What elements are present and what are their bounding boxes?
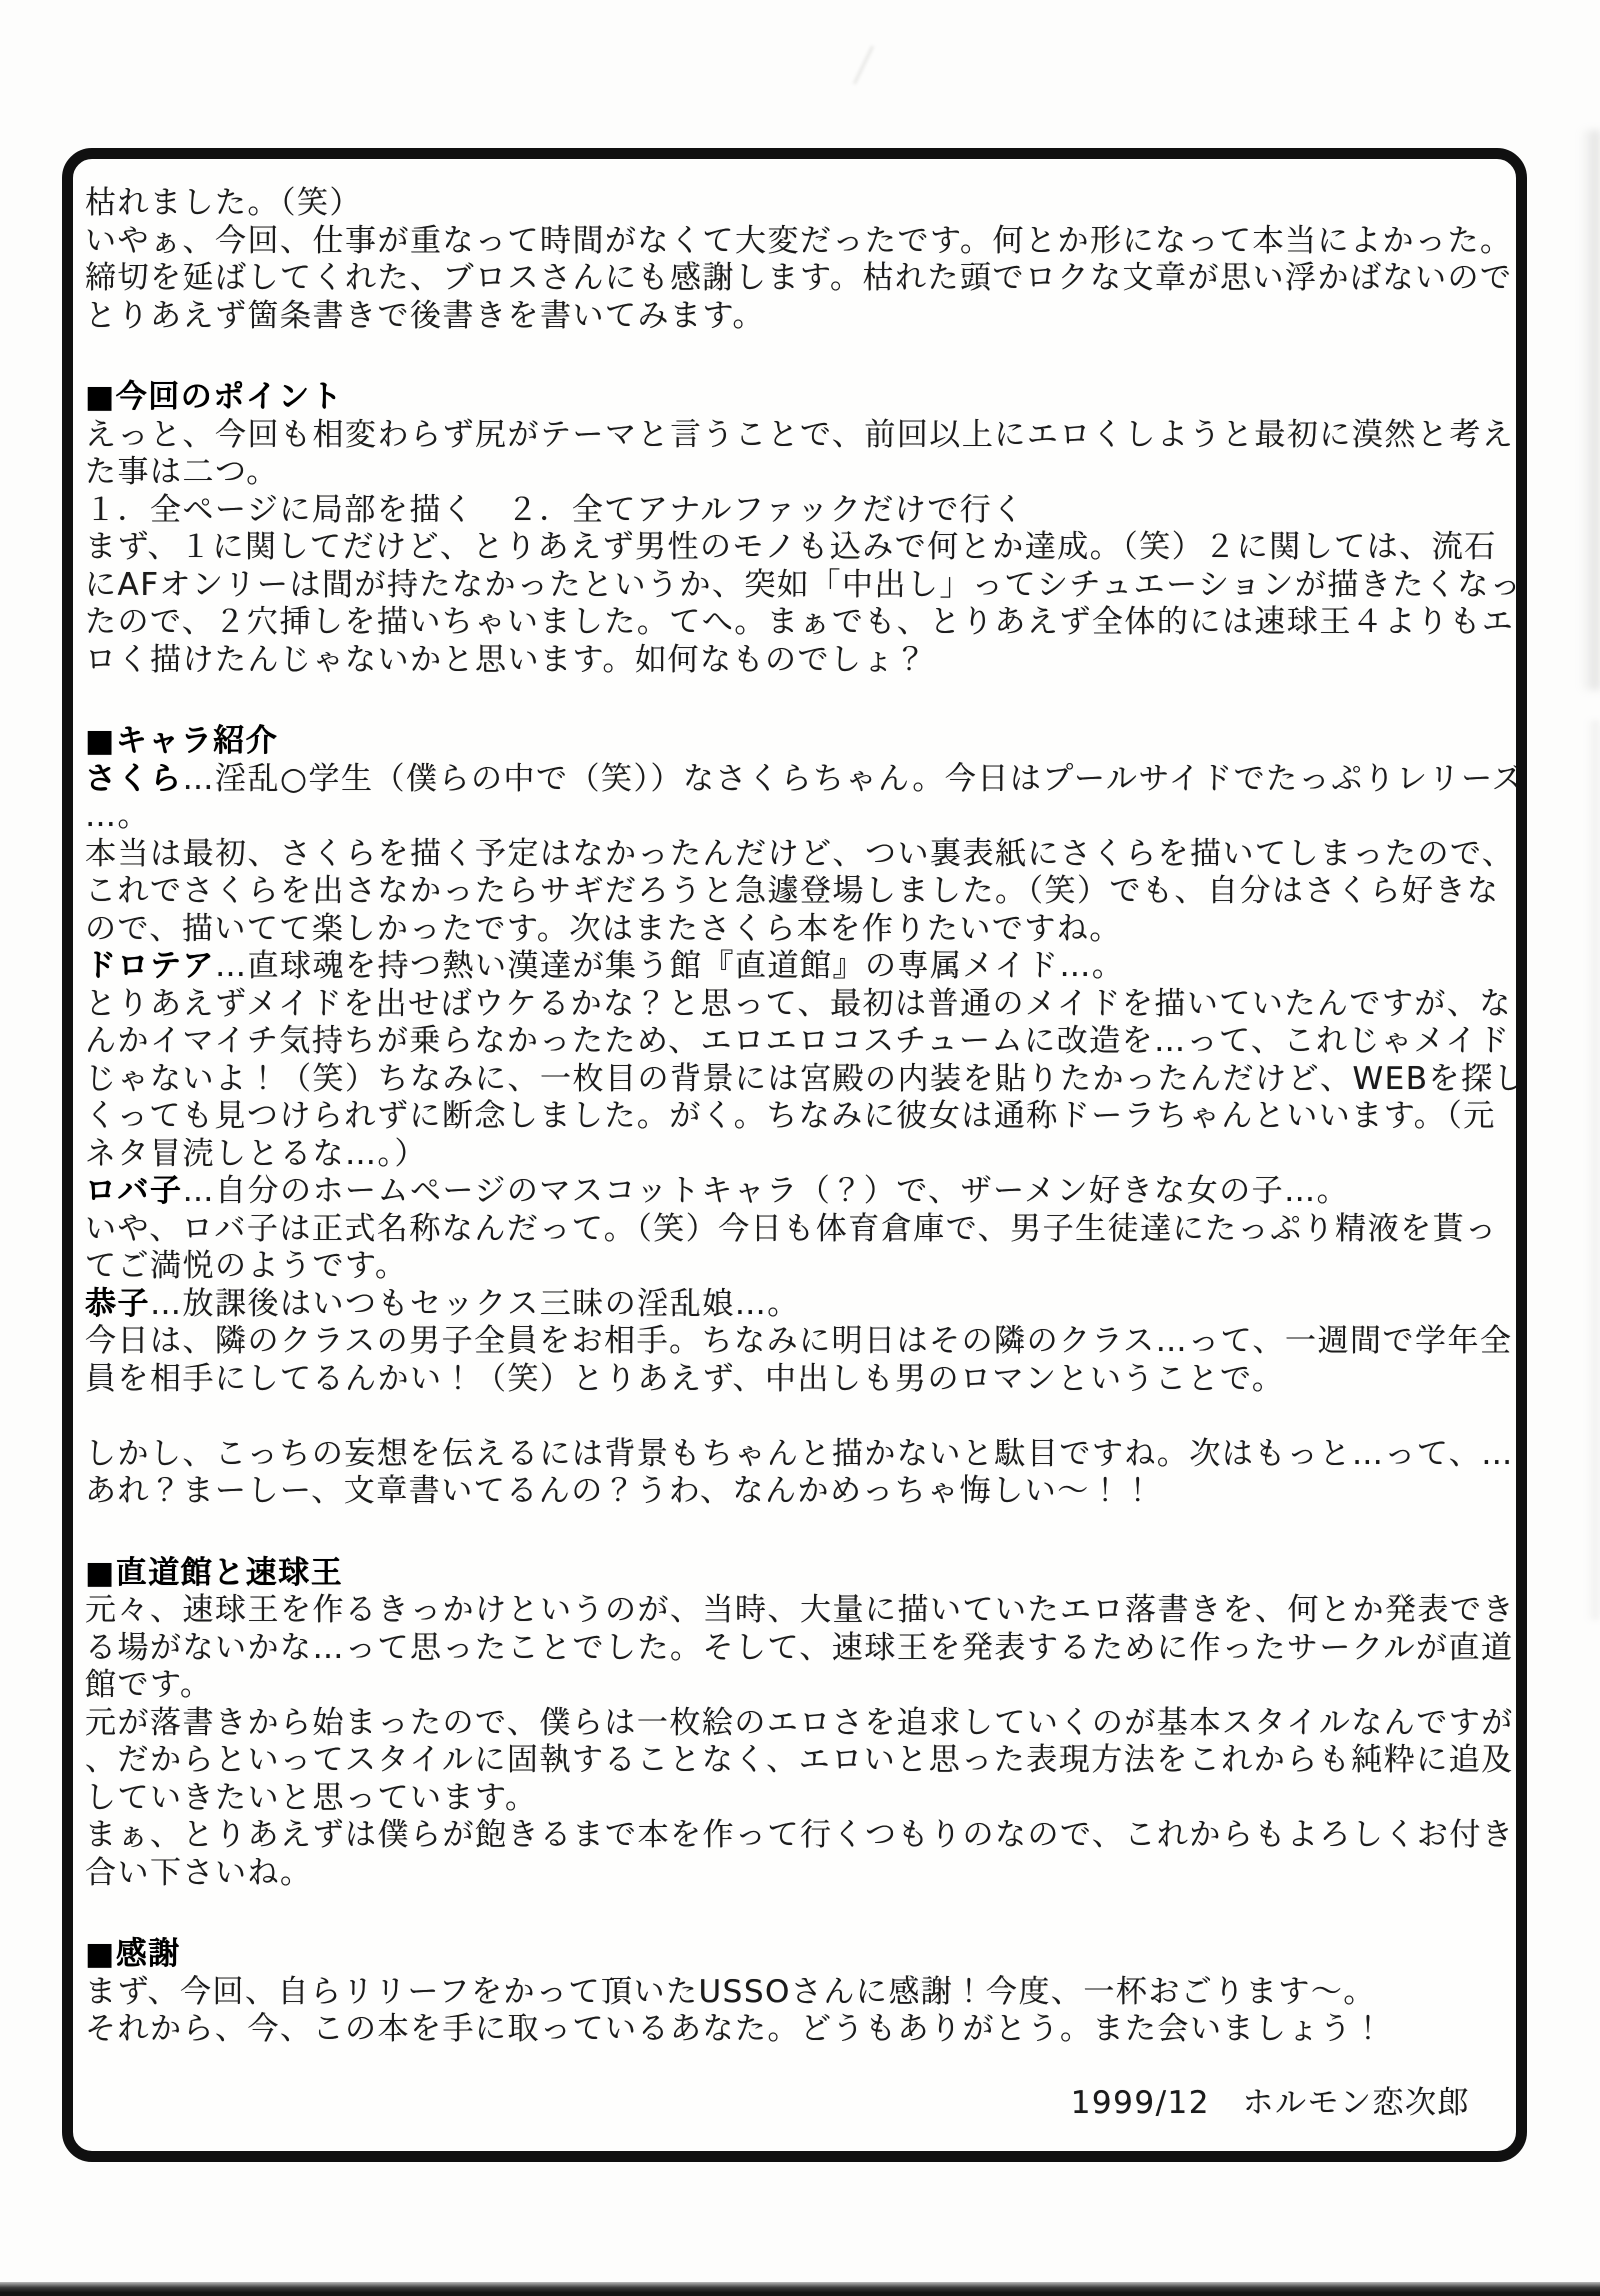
- text-line: ロバ子…自分のホームページのマスコットキャラ（？）で、ザーメン好きな女の子…。: [85, 1173, 1508, 1211]
- section-header: ■感謝: [85, 1936, 1508, 1974]
- blank-line: [85, 1398, 1508, 1436]
- text-line: にAFオンリーは間が持たなかったというか、突如「中出し」ってシチュエーションが描…: [85, 567, 1508, 605]
- scanned-page: 枯れました。（笑）いやぁ、今回、仕事が重なって時間がなくて大変だったです。何とか…: [0, 0, 1600, 2296]
- text-line: とりあえず箇条書きで後書きを書いてみます。: [85, 298, 1508, 336]
- character-name: ロバ子: [85, 1173, 183, 1209]
- text-line: １．全ページに局部を描く ２．全てアナルファックだけで行く: [85, 492, 1508, 530]
- text-line: 締切を延ばしてくれた、ブロスさんにも感謝します。枯れた頭でロクな文章が思い浮かば…: [85, 260, 1508, 298]
- scan-scratch-mark: [853, 45, 874, 84]
- text-line: 本当は最初、さくらを描く予定はなかったんだけど、つい裏表紙にさくらを描いてしまっ…: [85, 836, 1508, 874]
- text-line: 館です。: [85, 1667, 1508, 1705]
- text-line: 元々、速球王を作るきっかけというのが、当時、大量に描いていたエロ落書きを、何とか…: [85, 1592, 1508, 1630]
- text-line: てご満悦のようです。: [85, 1248, 1508, 1286]
- text-line: 、だからといってスタイルに固執することなく、エロいと思った表現方法をこれからも純…: [85, 1742, 1508, 1780]
- afterword-frame: 枯れました。（笑）いやぁ、今回、仕事が重なって時間がなくて大変だったです。何とか…: [62, 148, 1527, 2162]
- character-name: 恭子: [85, 1286, 150, 1322]
- text-line: ので、描いてて楽しかったです。次はまたさくら本を作りたいですね。: [85, 911, 1508, 949]
- text-line: しかし、こっちの妄想を伝えるには背景もちゃんと描かないと駄目ですね。次はもっと……: [85, 1436, 1508, 1474]
- text-line: それから、今、この本を手に取っているあなた。どうもありがとう。また会いましょう！: [85, 2011, 1508, 2049]
- text-line: る場がないかな…って思ったことでした。そして、速球王を発表するために作ったサーク…: [85, 1630, 1508, 1668]
- character-name: さくら: [85, 761, 183, 797]
- character-name: ドロテア: [85, 948, 215, 984]
- text-line: 今日は、隣のクラスの男子全員をお相手。ちなみに明日はその隣のクラス…って、一週間…: [85, 1323, 1508, 1361]
- text-line: まず、１に関してだけど、とりあえず男性のモノも込みで何とか達成。（笑）２に関して…: [85, 529, 1508, 567]
- scan-edge-bottom: [0, 2282, 1600, 2296]
- text-line: 員を相手にしてるんかい！（笑）とりあえず、中出しも男のロマンということで。: [85, 1361, 1508, 1399]
- text-line: とりあえずメイドを出せばウケるかな？と思って、最初は普通のメイドを描いていたんで…: [85, 986, 1508, 1024]
- scan-smudge-right-lower: [1586, 720, 1599, 1620]
- text-line: いやぁ、今回、仕事が重なって時間がなくて大変だったです。何とか形になって本当によ…: [85, 223, 1508, 261]
- text-line: 合い下さいね。: [85, 1855, 1508, 1893]
- section-header: ■直道館と速球王: [85, 1555, 1508, 1593]
- afterword-text-flow: 枯れました。（笑）いやぁ、今回、仕事が重なって時間がなくて大変だったです。何とか…: [73, 159, 1516, 2049]
- text-line: あれ？まーしー、文章書いてるんの？うわ、なんかめっちゃ悔しい～！！: [85, 1473, 1508, 1511]
- text-line: …。: [85, 798, 1508, 836]
- text-line: ドロテア…直球魂を持つ熱い漢達が集う館『直道館』の専属メイド…。: [85, 948, 1508, 986]
- text-line: さくら…淫乱○学生（僕らの中で（笑））なさくらちゃん。今日はプールサイドでたっぷ…: [85, 761, 1508, 799]
- text-line: えっと、今回も相変わらず尻がテーマと言うことで、前回以上にエロくしようと最初に漠…: [85, 417, 1508, 455]
- signature-line: 1999/12 ホルモン恋次郎: [73, 2085, 1516, 2123]
- text-line: まず、今回、自らリリーフをかって頂いたUSSOさんに感謝！今度、一杯おごります～…: [85, 1974, 1508, 2012]
- text-line: た事は二つ。: [85, 454, 1508, 492]
- text-line: たので、２穴挿しを描いちゃいました。てへ。まぁでも、とりあえず全体的には速球王４…: [85, 604, 1508, 642]
- text-line: いや、ロバ子は正式名称なんだって。（笑）今日も体育倉庫で、男子生徒達にたっぷり精…: [85, 1211, 1508, 1249]
- text-line: じゃないよ！（笑）ちなみに、一枚目の背景には宮殿の内装を貼りたかったんだけど、W…: [85, 1061, 1508, 1099]
- text-line: していきたいと思っています。: [85, 1780, 1508, 1818]
- section-header: ■今回のポイント: [85, 379, 1508, 417]
- text-line: くっても見つけられずに断念しました。がく。ちなみに彼女は通称ドーラちゃんといいま…: [85, 1098, 1508, 1136]
- text-line: んかイマイチ気持ちが乗らなかったため、エロエロコスチュームに改造を…って、これじ…: [85, 1023, 1508, 1061]
- text-line: ネタ冒涜しとるな…。）: [85, 1136, 1508, 1174]
- text-line: まぁ、とりあえずは僕らが飽きるまで本を作って行くつもりのなので、これからもよろし…: [85, 1817, 1508, 1855]
- text-line: 恭子…放課後はいつもセックス三昧の淫乱娘…。: [85, 1286, 1508, 1324]
- text-line: これでさくらを出さなかったらサギだろうと急遽登場しました。（笑）でも、自分はさく…: [85, 873, 1508, 911]
- text-line: 元が落書きから始まったので、僕らは一枚絵のエロさを追求していくのが基本スタイルな…: [85, 1705, 1508, 1743]
- section-header: ■キャラ紹介: [85, 723, 1508, 761]
- text-line: 枯れました。（笑）: [85, 185, 1508, 223]
- scan-smudge-right-upper: [1580, 130, 1600, 690]
- text-line: ロく描けたんじゃないかと思います。如何なものでしょ？: [85, 642, 1508, 680]
